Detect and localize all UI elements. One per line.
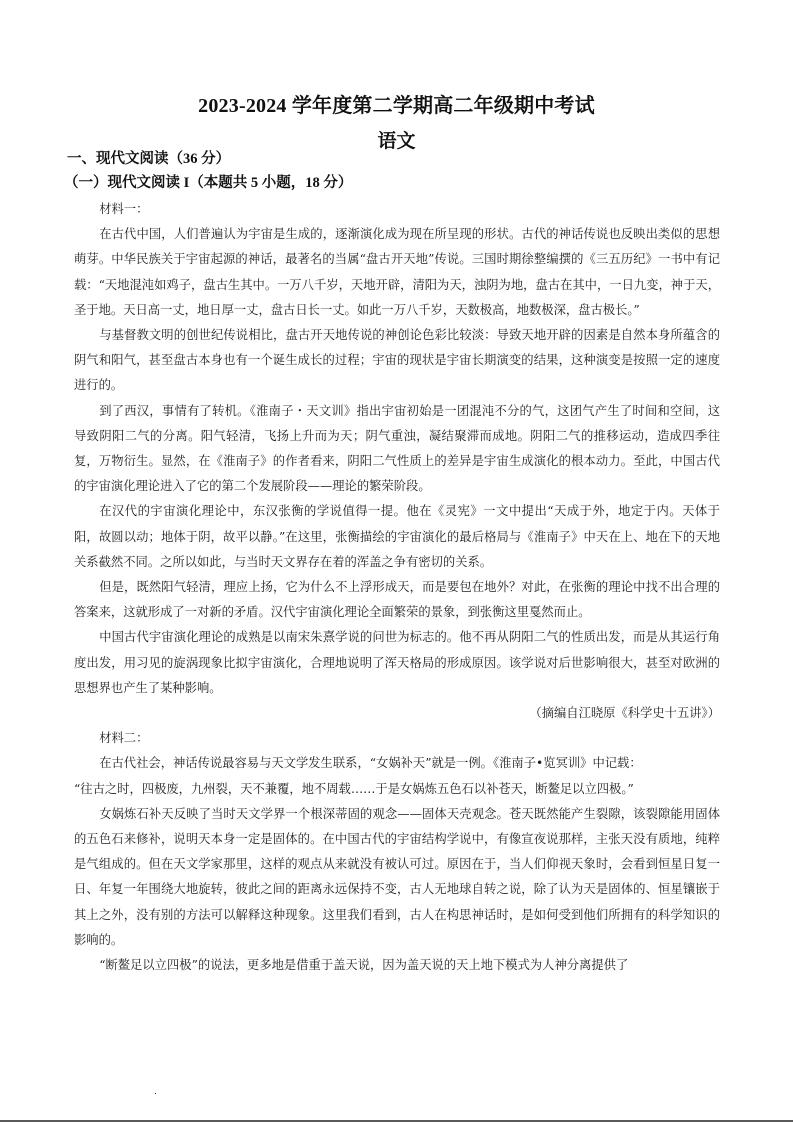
section-heading: 一、现代文阅读（36 分） xyxy=(67,147,230,168)
paragraph: 在汉代的宇宙演化理论中，东汉张衡的学说值得一提。他在《灵宪》一文中提出“天成于外… xyxy=(74,499,720,575)
paragraph: 与基督教文明的创世纪传说相比，盘古开天地传说的神创论色彩比较淡：导致天地开辟的因… xyxy=(74,323,720,399)
paragraph: 但是，既然阳气轻清，理应上扬，它为什么不上浮形成天，而是要包在地外？对此，在张衡… xyxy=(74,575,720,625)
paragraph: 在古代社会，神话传说最容易与天文学发生联系，“女娲补天”就是一例。《淮南子•览冥… xyxy=(74,751,720,776)
paragraph: 到了西汉，事情有了转机。《淮南子・天文训》指出宇宙初始是一团混沌不分的气，这团气… xyxy=(74,399,720,500)
paragraph: “断鳌足以立四极”的说法，更多地是借重于盖天说，因为盖天说的天上地下模式为人神分… xyxy=(74,953,720,978)
exam-title: 2023-2024 学年度第二学期高二年级期中考试 xyxy=(0,89,793,118)
citation: （摘编自江晓原《科学史十五讲》） xyxy=(74,701,720,726)
quotation: “往古之时，四极废，九州裂，天不兼覆，地不周载……于是女娲炼五色石以补苍天，断鳌… xyxy=(74,777,720,802)
material-one-label: 材料一： xyxy=(74,197,720,222)
material-two-label: 材料二： xyxy=(74,726,720,751)
stray-mark xyxy=(155,1093,156,1094)
paragraph: 女娲炼石补天反映了当时天文学界一个根深蒂固的观念——固体天壳观念。苍天既然能产生… xyxy=(74,802,720,953)
subsection-heading: （一）现代文阅读 I（本题共 5 小题，18 分） xyxy=(64,171,352,192)
paragraph: 中国古代宇宙演化理论的成熟是以南宋朱熹学说的问世为标志的。他不再从阴阳二气的性质… xyxy=(74,625,720,701)
exam-page: 2023-2024 学年度第二学期高二年级期中考试 语文 一、现代文阅读（36 … xyxy=(0,0,793,1122)
reading-passage: 材料一： 在古代中国，人们普遍认为宇宙是生成的，逐渐演化成为现在所呈现的形状。古… xyxy=(74,197,720,978)
paragraph: 在古代中国，人们普遍认为宇宙是生成的，逐渐演化成为现在所呈现的形状。古代的神话传… xyxy=(74,222,720,323)
